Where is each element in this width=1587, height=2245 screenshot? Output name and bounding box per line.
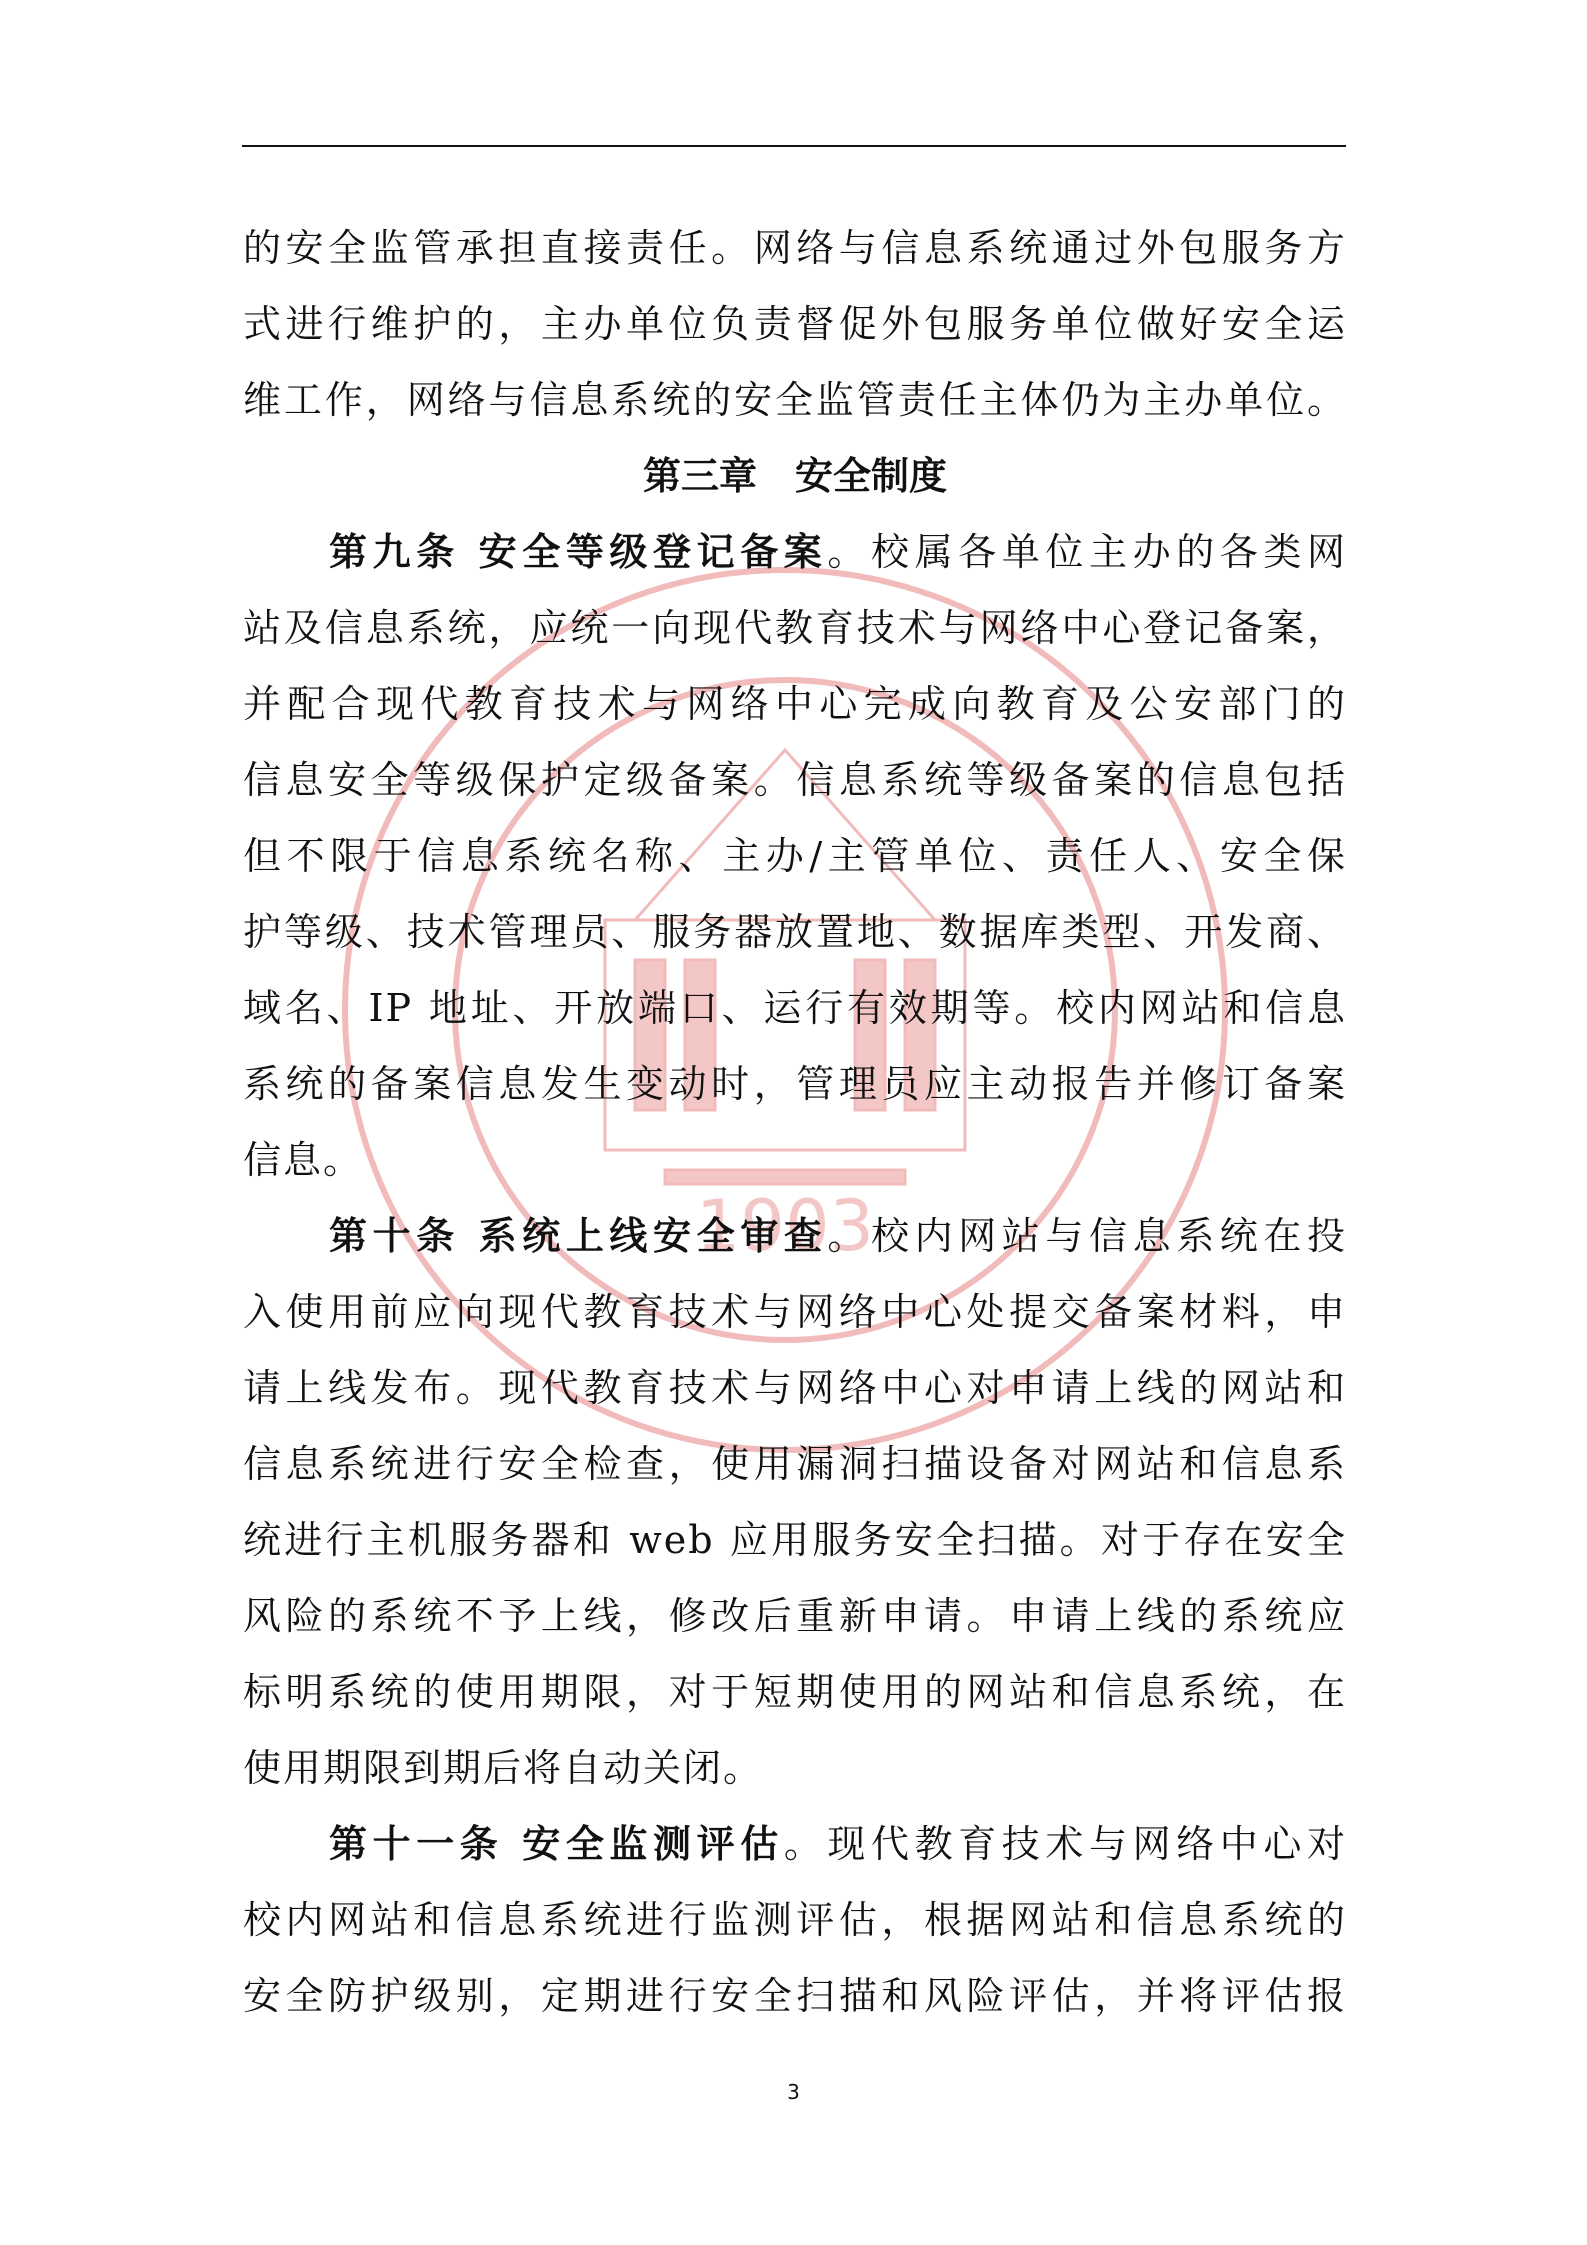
text-line: 维工作，网络与信息系统的安全监管责任主体仍为主办单位。 — [243, 362, 1347, 438]
text-line: 。校内网站与信息系统在投 — [827, 1214, 1347, 1258]
text-line: 统进行主机服务器和 web 应用服务安全扫描。对于存在安全 — [243, 1502, 1347, 1578]
text-line: 护等级、技术管理员、服务器放置地、数据库类型、开发商、 — [243, 894, 1347, 970]
article-title: 第十条 系统上线安全审查 — [329, 1214, 827, 1258]
continuation-paragraph: 的安全监管承担直接责任。网络与信息系统通过外包服务方 式进行维护的，主办单位负责… — [243, 210, 1347, 438]
article-11: 第十一条 安全监测评估。现代教育技术与网络中心对 校内网站和信息系统进行监测评估… — [243, 1806, 1347, 2034]
text-line: 并配合现代教育技术与网络中心完成向教育及公安部门的 — [243, 666, 1347, 742]
text-line: 站及信息系统，应统一向现代教育技术与网络中心登记备案， — [243, 590, 1347, 666]
article-9: 第九条 安全等级登记备案。校属各单位主办的各类网 站及信息系统，应统一向现代教育… — [243, 514, 1347, 1198]
page-number: 3 — [0, 2080, 1587, 2104]
text-line: 的安全监管承担直接责任。网络与信息系统通过外包服务方 — [243, 210, 1347, 286]
text-line: 风险的系统不予上线，修改后重新申请。申请上线的系统应 — [243, 1578, 1347, 1654]
text-line: 入使用前应向现代教育技术与网络中心处提交备案材料，申 — [243, 1274, 1347, 1350]
text-line: 信息。 — [243, 1122, 1347, 1198]
text-line: 信息安全等级保护定级备案。信息系统等级备案的信息包括 — [243, 742, 1347, 818]
article-title: 第十一条 安全监测评估 — [329, 1822, 784, 1866]
text-line: 信息系统进行安全检查，使用漏洞扫描设备对网站和信息系 — [243, 1426, 1347, 1502]
text-line: 域名、IP 地址、开放端口、运行有效期等。校内网站和信息 — [243, 970, 1347, 1046]
text-line: 但不限于信息系统名称、主办/主管单位、责任人、安全保 — [243, 818, 1347, 894]
chapter-title: 第三章 安全制度 — [243, 438, 1347, 514]
article-title: 第九条 安全等级登记备案 — [329, 530, 827, 574]
document-body: 的安全监管承担直接责任。网络与信息系统通过外包服务方 式进行维护的，主办单位负责… — [243, 210, 1347, 2034]
text-line: 系统的备案信息发生变动时，管理员应主动报告并修订备案 — [243, 1046, 1347, 1122]
text-line: 请上线发布。现代教育技术与网络中心对申请上线的网站和 — [243, 1350, 1347, 1426]
text-line: 式进行维护的，主办单位负责督促外包服务单位做好安全运 — [243, 286, 1347, 362]
text-line: 校内网站和信息系统进行监测评估，根据网站和信息系统的 — [243, 1882, 1347, 1958]
article-10: 第十条 系统上线安全审查。校内网站与信息系统在投 入使用前应向现代教育技术与网络… — [243, 1198, 1347, 1806]
header-rule — [242, 145, 1346, 147]
text-line: 安全防护级别，定期进行安全扫描和风险评估，并将评估报 — [243, 1958, 1347, 2034]
text-line: 。校属各单位主办的各类网 — [827, 530, 1347, 574]
text-line: 使用期限到期后将自动关闭。 — [243, 1730, 1347, 1806]
text-line: 。现代教育技术与网络中心对 — [784, 1822, 1347, 1866]
text-line: 标明系统的使用期限，对于短期使用的网站和信息系统，在 — [243, 1654, 1347, 1730]
